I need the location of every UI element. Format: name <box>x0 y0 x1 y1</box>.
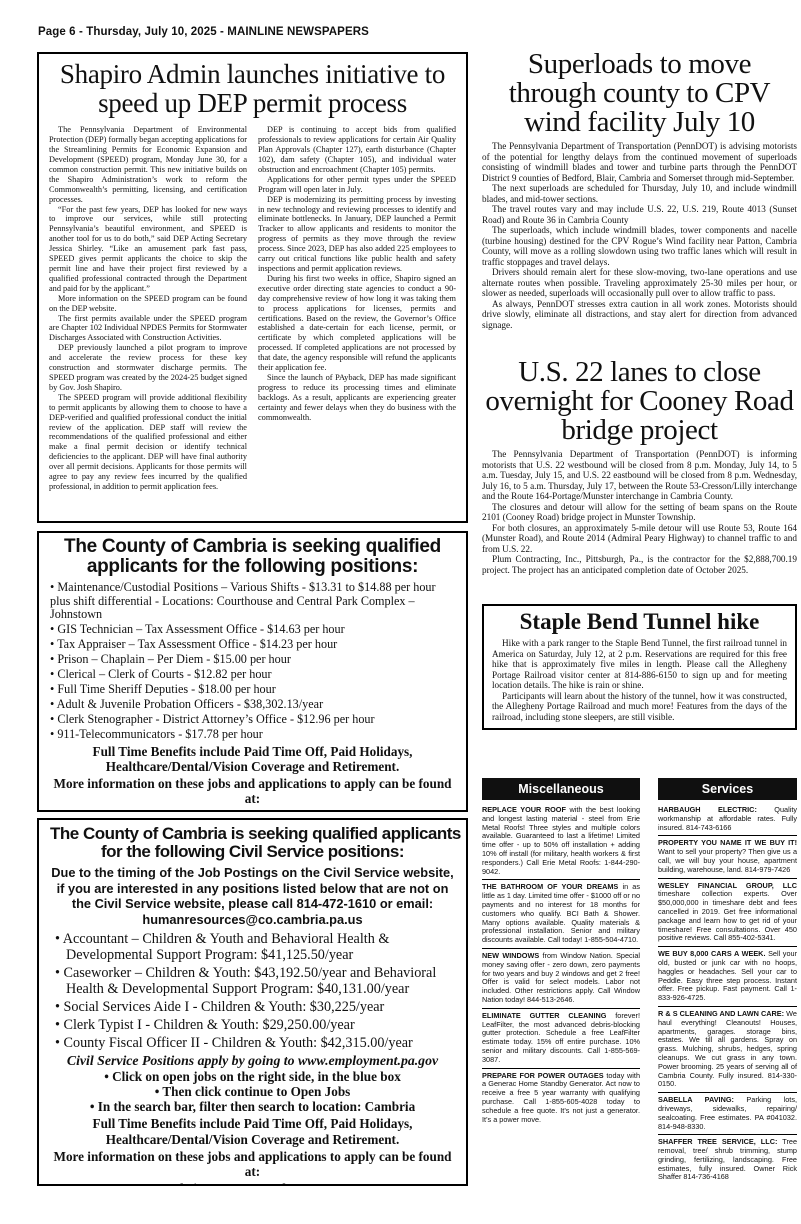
classified-column-services: Services HARBAUGH ELECTRIC: Quality work… <box>658 778 797 1185</box>
position-item: Clerk Stenographer - District Attorney’s… <box>50 713 455 727</box>
position-item: Full Time Sheriff Deputies - $18.00 per … <box>50 683 455 697</box>
apply-step: • In the search bar, filter then search … <box>50 1099 455 1114</box>
article-paragraph: Drivers should remain alert for these sl… <box>482 267 797 299</box>
classified-ad-lead: SHAFFER TREE SERVICE, LLC: <box>658 1137 777 1146</box>
ad-civil-service-title: The County of Cambria is seeking qualifi… <box>50 825 455 861</box>
classified-ad: R & S CLEANING AND LAWN CARE: We haul ev… <box>658 1006 797 1092</box>
article-paragraph: More information on the SPEED program ca… <box>49 294 247 314</box>
hr-url: www.cambriacountypa.gov/human-resources <box>50 808 455 812</box>
apply-steps: • Click on open jobs on the right side, … <box>50 1069 455 1115</box>
classified-ad-lead: PREPARE FOR POWER OUTAGES <box>482 1071 604 1080</box>
classified-ad-lead: WESLEY FINANCIAL GROUP, LLC <box>658 881 797 890</box>
more-info-text: More information on these jobs and appli… <box>50 776 455 806</box>
classified-ad: PROPERTY YOU NAME IT WE BUY IT! Want to … <box>658 835 797 877</box>
article-superloads-title: Superloads to move through county to CPV… <box>482 50 797 137</box>
more-info-text: More information on these jobs and appli… <box>50 1149 455 1179</box>
position-item: 911-Telecommunicators - $17.78 per hour <box>50 728 455 742</box>
article-paragraph: DEP is modernizing its permitting proces… <box>258 195 456 274</box>
position-item: Caseworker – Children & Youth: $43,192.5… <box>50 965 455 997</box>
classified-ad-body: forever! LeafFilter, the most advanced d… <box>482 1011 640 1064</box>
classified-ad: PREPARE FOR POWER OUTAGES today with a G… <box>482 1068 640 1128</box>
article-paragraph: “For the past few years, DEP has looked … <box>49 205 247 294</box>
article-paragraph: Hike with a park ranger to the Staple Be… <box>492 638 787 691</box>
classified-ad-body: Want to sell your property? Then give us… <box>658 847 797 874</box>
position-item: Accountant – Children & Youth and Behavi… <box>50 931 455 963</box>
classified-ad-body: with the best looking and longest lastin… <box>482 805 640 876</box>
article-paragraph: The closures and detour will allow for t… <box>482 502 797 523</box>
position-item: Maintenance/Custodial Positions – Variou… <box>50 581 455 623</box>
classified-ad-body: We haul everything! Cleanouts! Houses, a… <box>658 1009 797 1088</box>
article-paragraph: Plum Contracting, Inc., Pittsburgh, Pa.,… <box>482 554 797 575</box>
ad-civil-service: The County of Cambria is seeking qualifi… <box>37 818 468 1186</box>
apply-step: • Then click continue to Open Jobs <box>50 1084 455 1099</box>
ad-title-line: The County of Cambria is seeking qualifi… <box>50 825 455 843</box>
classified-column-miscellaneous: Miscellaneous REPLACE YOUR ROOF with the… <box>482 778 640 1127</box>
article-superloads-body: The Pennsylvania Department of Transport… <box>482 141 797 330</box>
position-item: Clerical – Clerk of Courts - $12.82 per … <box>50 668 455 682</box>
article-staple-bend: Staple Bend Tunnel hike Hike with a park… <box>482 604 797 730</box>
classified-ad: SABELLA PAVING: Parking lots, driveways,… <box>658 1092 797 1134</box>
classified-ad: WE BUY 8,000 CARS A WEEK. Sell your old,… <box>658 946 797 1006</box>
article-shapiro-body: The Pennsylvania Department of Environme… <box>49 125 456 511</box>
classified-ad-lead: NEW WINDOWS <box>482 951 539 960</box>
article-us22-body: The Pennsylvania Department of Transport… <box>482 449 797 575</box>
article-paragraph: The Pennsylvania Department of Transport… <box>482 449 797 502</box>
article-paragraph: The SPEED program will provide additiona… <box>49 393 247 492</box>
classified-ad: REPLACE YOUR ROOF with the best looking … <box>482 803 640 879</box>
classified-ad-body: in as little as 1 day. Limited time offe… <box>482 882 640 944</box>
article-paragraph: The first permits available under the SP… <box>49 314 247 344</box>
article-us22-title: U.S. 22 lanes to close overnight for Coo… <box>482 358 797 445</box>
classified-ad-body: timeshare collection experts. Over $50,0… <box>658 889 797 942</box>
page-header: Page 6 - Thursday, July 10, 2025 - MAINL… <box>38 26 369 38</box>
positions-list: Maintenance/Custodial Positions – Variou… <box>50 581 455 742</box>
classified-ad-lead: THE BATHROOM OF YOUR DREAMS <box>482 882 618 891</box>
classified-ad: ELIMINATE GUTTER CLEANING forever! LeafF… <box>482 1008 640 1068</box>
newspaper-page: Page 6 - Thursday, July 10, 2025 - MAINL… <box>0 0 801 1224</box>
position-item: Social Services Aide I - Children & Yout… <box>50 999 455 1015</box>
classified-ads-services: HARBAUGH ELECTRIC: Quality workmanship a… <box>658 803 797 1185</box>
apply-line: Civil Service Positions apply by going t… <box>50 1053 455 1069</box>
hr-url: www.cambriacountypa.gov/human-resources <box>50 1181 455 1186</box>
classified-ad-lead: PROPERTY YOU NAME IT WE BUY IT! <box>658 838 797 847</box>
position-item: Prison – Chaplain – Per Diem - $15.00 pe… <box>50 653 455 667</box>
civil-service-intro: Due to the timing of the Job Postings on… <box>50 865 455 927</box>
classified-ad-lead: R & S CLEANING AND LAWN CARE: <box>658 1009 784 1018</box>
position-item: Tax Appraiser – Tax Assessment Office - … <box>50 638 455 652</box>
ad-title-line: The County of Cambria is seeking qualifi… <box>50 537 455 557</box>
article-staple-bend-title: Staple Bend Tunnel hike <box>492 610 787 634</box>
classified-ad: NEW WINDOWS from Window Nation. Special … <box>482 948 640 1008</box>
article-shapiro: Shapiro Admin launches initiative to spe… <box>37 52 468 523</box>
classified-ad-body: today with a Generac Home Standby Genera… <box>482 1071 640 1124</box>
article-paragraph: As always, PennDOT stresses extra cautio… <box>482 299 797 331</box>
article-staple-bend-body: Hike with a park ranger to the Staple Be… <box>492 638 787 722</box>
article-shapiro-title: Shapiro Admin launches initiative to spe… <box>49 60 456 118</box>
article-paragraph: Participants will learn about the histor… <box>492 691 787 723</box>
classified-ad-lead: SABELLA PAVING: <box>658 1095 734 1104</box>
article-paragraph: DEP is continuing to accept bids from qu… <box>258 125 456 175</box>
classified-ad-lead: REPLACE YOUR ROOF <box>482 805 566 814</box>
article-us22: U.S. 22 lanes to close overnight for Coo… <box>482 358 797 575</box>
classified-ad-body: from Window Nation. Special money saving… <box>482 951 640 1004</box>
benefits-text: Full Time Benefits include Paid Time Off… <box>50 1116 455 1146</box>
article-superloads: Superloads to move through county to CPV… <box>482 50 797 330</box>
position-item: GIS Technician – Tax Assessment Office -… <box>50 623 455 637</box>
classified-ad-lead: HARBAUGH ELECTRIC: <box>658 805 757 814</box>
classified-header-miscellaneous: Miscellaneous <box>482 778 640 800</box>
classified-header-services: Services <box>658 778 797 800</box>
classified-ad: WESLEY FINANCIAL GROUP, LLC timeshare co… <box>658 878 797 947</box>
position-item: Adult & Juvenile Probation Officers - $3… <box>50 698 455 712</box>
classified-ad: SHAFFER TREE SERVICE, LLC: Tree removal,… <box>658 1134 797 1185</box>
position-item: Clerk Typist I - Children & Youth: $29,2… <box>50 1017 455 1033</box>
ad-county-positions: The County of Cambria is seeking qualifi… <box>37 531 468 812</box>
article-paragraph: The next superloads are scheduled for Th… <box>482 183 797 204</box>
benefits-text: Full Time Benefits include Paid Time Off… <box>50 744 455 774</box>
article-paragraph: Applications for other permit types unde… <box>258 175 456 195</box>
article-paragraph: The travel routes vary and may include U… <box>482 204 797 225</box>
classified-ad-lead: WE BUY 8,000 CARS A WEEK. <box>658 949 765 958</box>
classified-ad-body: Sell your old, busted or junk car with n… <box>658 949 797 1002</box>
article-paragraph: DEP previously launched a pilot program … <box>49 343 247 393</box>
article-paragraph: During his first two weeks in office, Sh… <box>258 274 456 373</box>
apply-step: • Click on open jobs on the right side, … <box>50 1069 455 1084</box>
ad-title-line: for the following Civil Service position… <box>50 843 455 861</box>
ad-title-line: applicants for the following positions: <box>50 557 455 577</box>
article-paragraph: Since the launch of PAyback, DEP has mad… <box>258 373 456 423</box>
civil-positions-list: Accountant – Children & Youth and Behavi… <box>50 931 455 1051</box>
classified-ad: THE BATHROOM OF YOUR DREAMS in as little… <box>482 879 640 948</box>
classified-ad: HARBAUGH ELECTRIC: Quality workmanship a… <box>658 803 797 835</box>
ad-county-positions-title: The County of Cambria is seeking qualifi… <box>50 537 455 578</box>
article-paragraph: The superloads, which include windmill b… <box>482 225 797 267</box>
article-paragraph: For both closures, an approximately 5-mi… <box>482 523 797 555</box>
classified-ads-miscellaneous: REPLACE YOUR ROOF with the best looking … <box>482 803 640 1127</box>
classified-ad-lead: ELIMINATE GUTTER CLEANING <box>482 1011 606 1020</box>
article-paragraph: The Pennsylvania Department of Environme… <box>49 125 247 204</box>
article-paragraph: The Pennsylvania Department of Transport… <box>482 141 797 183</box>
position-item: County Fiscal Officer II - Children & Yo… <box>50 1035 455 1051</box>
